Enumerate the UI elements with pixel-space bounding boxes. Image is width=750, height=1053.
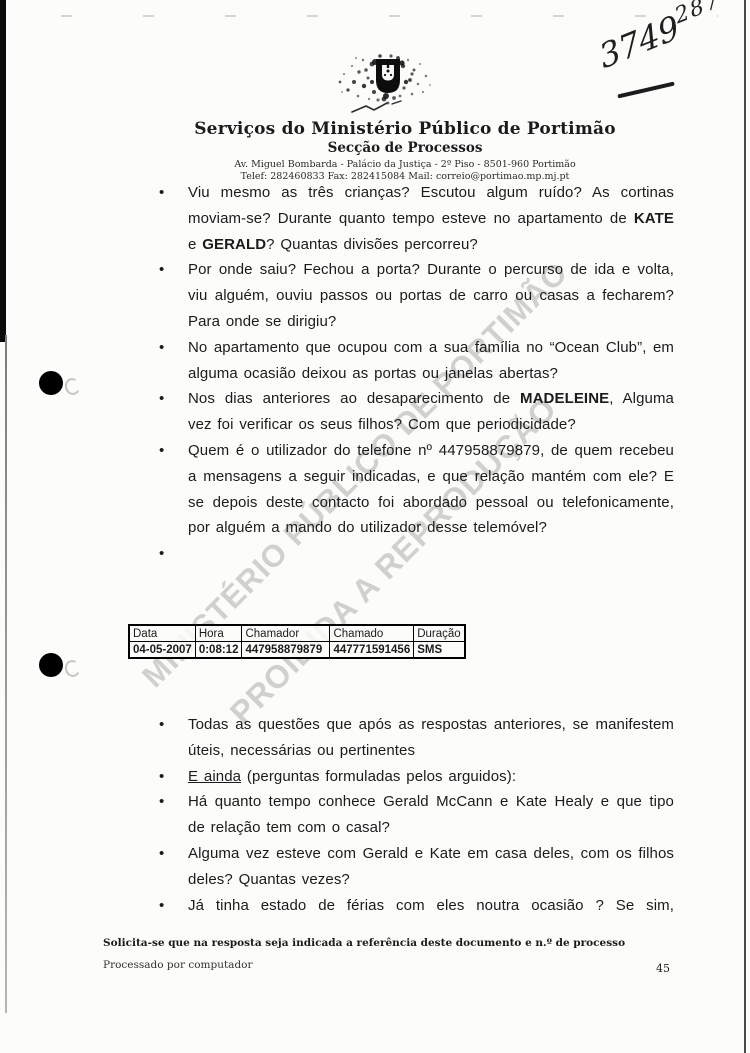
scanned-document-page: MINISTÉRIO PÚBLICO DE PORTIMÃO PROIBIDA … — [0, 0, 750, 1053]
table-header-cell: Chamado — [330, 625, 414, 642]
call-log-table: DataHoraChamadorChamadoDuração 04-05-200… — [128, 624, 466, 659]
table-cell: SMS — [414, 642, 465, 659]
bullet-marker: • — [156, 386, 188, 438]
bullet-item: •Quem é o utilizador do telefone nº 4479… — [156, 438, 674, 541]
page-number: 45 — [656, 962, 670, 975]
bullet-item: • — [156, 541, 674, 567]
bullet-marker: • — [156, 541, 188, 567]
bullet-marker: • — [156, 438, 188, 541]
bullet-marker: • — [156, 180, 188, 257]
table-cell: 447958879879 — [242, 642, 330, 659]
bullet-item: •Alguma vez esteve com Gerald e Kate em … — [156, 841, 674, 893]
table-cell: 447771591456 — [330, 642, 414, 659]
bullet-marker: • — [156, 841, 188, 893]
bullet-marker: • — [156, 764, 188, 790]
bullet-item: •Por onde saiu? Fechou a porta? Durante … — [156, 257, 674, 334]
question-list-lower: •Todas as questões que após as respostas… — [156, 712, 674, 918]
org-title: Serviços do Ministério Público de Portim… — [130, 119, 680, 139]
question-list-upper: •Viu mesmo as três crianças? Escutou alg… — [156, 180, 674, 567]
bullet-marker: • — [156, 789, 188, 841]
scan-noise-top — [28, 15, 718, 17]
bullet-item: •E ainda (perguntas formuladas pelos arg… — [156, 764, 674, 790]
scan-edge-line-left — [5, 335, 7, 1013]
bullet-item: •Há quanto tempo conhece Gerald McCann e… — [156, 789, 674, 841]
org-section: Secção de Processos — [130, 140, 680, 156]
table-header-cell: Hora — [195, 625, 242, 642]
table-row: 04-05-20070:08:1244795887987944777159145… — [129, 642, 465, 659]
bullet-item: •Já tinha estado de férias com eles nout… — [156, 893, 674, 919]
footer-note: Solicita-se que na resposta seja indicad… — [103, 937, 625, 949]
bullet-text: Quem é o utilizador do telefone nº 44795… — [188, 438, 674, 541]
bullet-text: Todas as questões que após as respostas … — [188, 712, 674, 764]
call-log-table-wrap: DataHoraChamadorChamadoDuração 04-05-200… — [128, 624, 466, 659]
document-header: Serviços do Ministério Público de Portim… — [130, 119, 680, 182]
bullet-text: Já tinha estado de férias com eles noutr… — [188, 893, 674, 919]
handwritten-number-main: 3749 — [595, 7, 684, 76]
bullet-item: •Todas as questões que após as respostas… — [156, 712, 674, 764]
punch-hole — [39, 653, 63, 677]
footer-processed-by: Processado por computador — [103, 959, 253, 971]
table-header-cell: Chamador — [242, 625, 330, 642]
handwritten-file-number: 3749287 — [594, 0, 735, 76]
bullet-text — [188, 541, 674, 567]
bullet-item: •Nos dias anteriores ao desaparecimento … — [156, 386, 674, 438]
table-header-cell: Data — [129, 625, 195, 642]
bullet-text: Por onde saiu? Fechou a porta? Durante o… — [188, 257, 674, 334]
bullet-text: Viu mesmo as três crianças? Escutou algu… — [188, 180, 674, 257]
table-cell: 0:08:12 — [195, 642, 242, 659]
portuguese-coat-of-arms-icon — [326, 52, 450, 125]
punch-hole-smudge — [63, 376, 82, 396]
bullet-text: E ainda (perguntas formuladas pelos argu… — [188, 764, 674, 790]
punch-hole-smudge — [63, 658, 82, 678]
handwritten-number-sup: 287 — [672, 0, 723, 29]
org-contact: Telef: 282460833 Fax: 282415084 Mail: co… — [130, 171, 680, 182]
scan-edge-line-right — [744, 0, 746, 1053]
bullet-item: •No apartamento que ocupou com a sua fam… — [156, 335, 674, 387]
org-address: Av. Miguel Bombarda - Palácio da Justiça… — [130, 159, 680, 170]
handwritten-underline — [617, 82, 674, 98]
bullet-text: Alguma vez esteve com Gerald e Kate em c… — [188, 841, 674, 893]
bullet-text: Há quanto tempo conhece Gerald McCann e … — [188, 789, 674, 841]
bullet-text: Nos dias anteriores ao desaparecimento d… — [188, 386, 674, 438]
bullet-marker: • — [156, 257, 188, 334]
table-header-cell: Duração — [414, 625, 465, 642]
bullet-text: No apartamento que ocupou com a sua famí… — [188, 335, 674, 387]
bullet-marker: • — [156, 712, 188, 764]
bullet-item: •Viu mesmo as três crianças? Escutou alg… — [156, 180, 674, 257]
table-header-row: DataHoraChamadorChamadoDuração — [129, 625, 465, 642]
bullet-marker: • — [156, 335, 188, 387]
table-cell: 04-05-2007 — [129, 642, 195, 659]
bullet-marker: • — [156, 893, 188, 919]
punch-hole — [39, 371, 63, 395]
scan-edge-artifact-left — [0, 0, 6, 342]
